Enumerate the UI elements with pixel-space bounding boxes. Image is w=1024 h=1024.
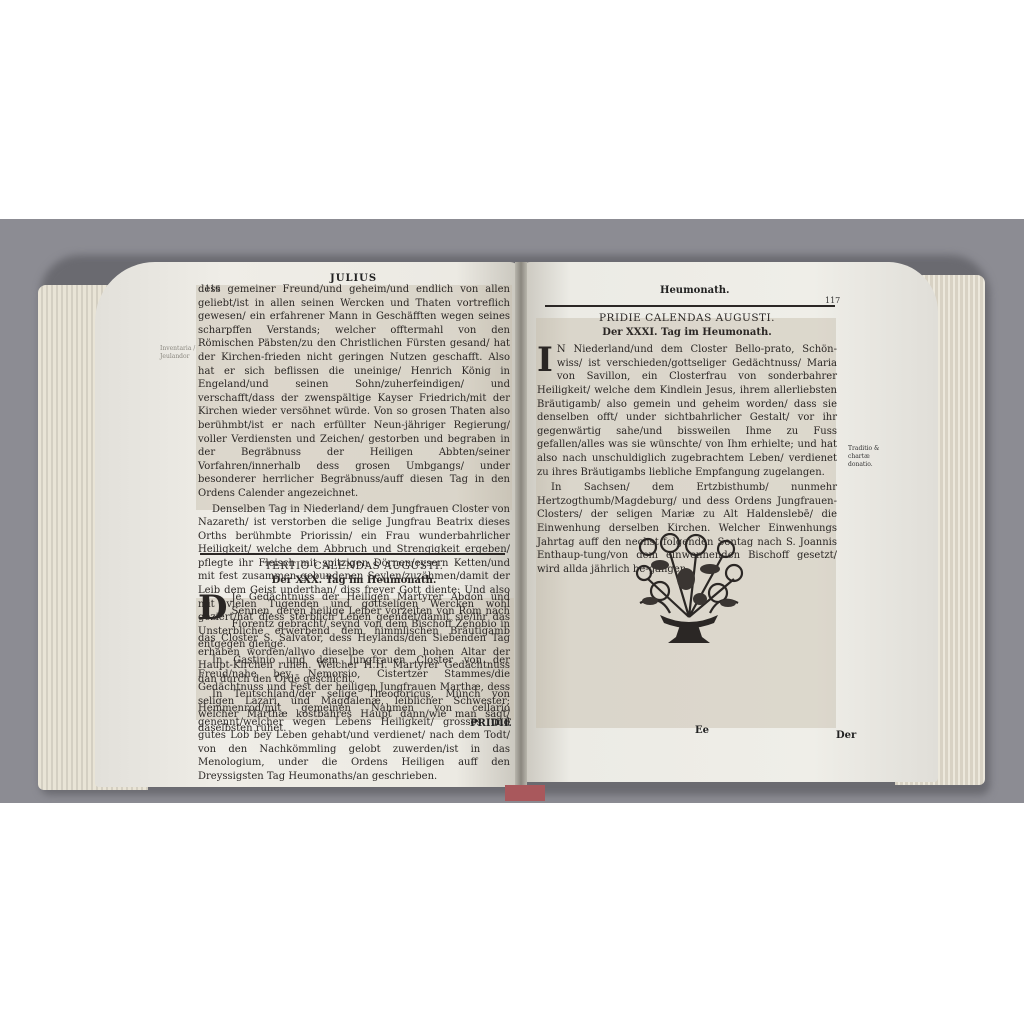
left-section: TERTIO CALENDAS AUGUSTI. Der XXX. Tag im…: [198, 558, 510, 786]
book-gutter: [515, 262, 527, 792]
header-rule: [545, 305, 835, 307]
left-catchword: PRIDIE: [470, 718, 511, 729]
spine-headband: [505, 785, 545, 801]
paragraph: Je Gedächtnuss der Heiligen Martyrer Abd…: [198, 592, 510, 685]
right-catchword: Der: [836, 730, 856, 741]
signature-mark: Ee: [695, 725, 709, 736]
section-subtitle: Der XXXI. Tag im Heumonath.: [537, 326, 837, 340]
section-title: PRIDIE CALENDAS AUGUSTI.: [537, 312, 837, 326]
drop-cap: I: [537, 345, 553, 375]
drop-cap: D: [198, 593, 227, 623]
section-subtitle: Der XXX. Tag im Heumonath.: [198, 574, 510, 588]
section-title: TERTIO CALENDAS AUGUSTI.: [198, 560, 510, 574]
right-margin-note: Traditio & chartæ donatio.: [848, 445, 888, 469]
left-margin-note: Inventaria / Jeulandor: [160, 345, 200, 361]
paragraph: N Niederland/und dem Closter Bello-prato…: [537, 344, 837, 477]
flower-vase-woodcut-icon: [630, 533, 748, 651]
paragraph: In Teutschland/der selige Theodoricus, M…: [198, 688, 510, 783]
section-rule: [200, 553, 505, 555]
right-page-number: 117: [825, 296, 840, 305]
right-running-head: Heumonath.: [660, 285, 729, 296]
paragraph: dess gemeiner Freund/und geheim/und endl…: [198, 283, 510, 501]
